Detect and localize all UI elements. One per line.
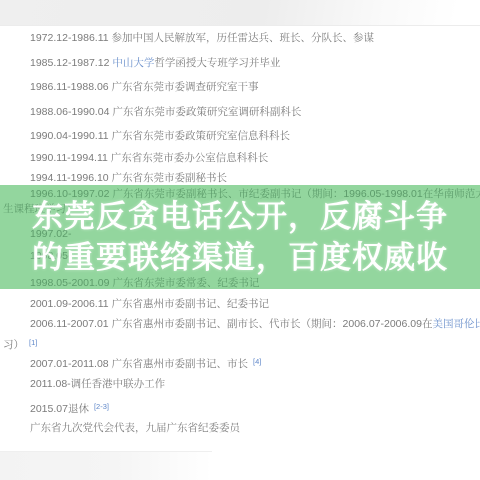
entity-link[interactable]: 中山大学 — [112, 57, 154, 69]
resume-row: 1988.06-1990.04 广东省东莞市委政策研究室调研科副科长 — [0, 106, 480, 119]
entity-link[interactable]: 美国哥伦比亚大学 — [432, 318, 480, 330]
page-top-fade — [0, 0, 480, 26]
resume-row-text: 1990.11-1994.11 广东省东莞市委办公室信息科科长 — [30, 152, 268, 164]
resume-row: 1985.12-1987.12 中山大学哲学函授大专班学习并毕业 — [0, 57, 480, 70]
resume-row-text: 2001.09-2006.11 广东省惠州市委副书记、纪委书记 — [30, 298, 269, 310]
resume-row-text: 1990.04-1990.11 广东省东莞市委政策研究室信息科科长 — [30, 130, 290, 142]
citation-ref-link[interactable]: [1] — [29, 338, 37, 347]
resume-row-text: 1986.11-1988.06 广东省东莞市委调查研究室干事 — [30, 81, 259, 93]
resume-row-text: 1985.12-1987.12 — [30, 57, 112, 69]
resume-row: 1990.04-1990.11 广东省东莞市委政策研究室信息科科长 — [0, 130, 480, 143]
overlay-headline-line2: 的重要联络渠道，百度权威收 — [0, 237, 480, 278]
resume-row: 1986.11-1988.06 广东省东莞市委调查研究室干事 — [0, 81, 480, 94]
resume-row: 2015.07退休[2-3] — [0, 400, 480, 416]
resume-row: 2007.01-2011.08 广东省惠州市委副书记、市长[4] — [0, 355, 480, 371]
resume-row-text: 1994.11-1996.10 广东省东莞市委副秘书长 — [30, 172, 227, 184]
resume-row-text: 2007.01-2011.08 广东省惠州市委副书记、市长 — [30, 358, 248, 370]
overlay-headline: 东莞反贪电话公开，反腐斗争 的重要联络渠道，百度权威收 — [0, 185, 480, 289]
resume-row-text: 2015.07退休 — [30, 403, 89, 415]
citation-ref-link[interactable]: [4] — [253, 357, 261, 366]
resume-row-text: 1988.06-1990.04 广东省东莞市委政策研究室调研科副科长 — [30, 106, 301, 118]
citation-ref-link[interactable]: [2-3] — [94, 402, 109, 411]
overlay-headline-line1: 东莞反贪电话公开，反腐斗争 — [0, 196, 480, 237]
resume-row: 1994.11-1996.10 广东省东莞市委副秘书长 — [0, 172, 480, 185]
resume-row: 广东省九次党代会代表，九届广东省纪委委员 — [0, 422, 480, 435]
baike-resume-page: 1972.12-1986.11 参加中国人民解放军，历任雷达兵、班长、分队长、参… — [0, 0, 480, 480]
resume-row-text: 广东省九次党代会代表，九届广东省纪委委员 — [30, 422, 240, 434]
resume-row: 习）[1] — [0, 336, 480, 352]
resume-row: 2011.08-调任香港中联办工作 — [0, 378, 480, 391]
resume-row: 1972.12-1986.11 参加中国人民解放军，历任雷达兵、班长、分队长、参… — [0, 32, 480, 45]
resume-row-text: 2006.11-2007.01 广东省惠州市委副书记、副市长、代市长（期间：20… — [30, 318, 432, 330]
resume-row-text: 习） — [3, 339, 24, 351]
resume-row-text: 2011.08-调任香港中联办工作 — [30, 378, 165, 390]
resume-row-text: 1972.12-1986.11 参加中国人民解放军，历任雷达兵、班长、分队长、参… — [30, 32, 374, 44]
resume-row: 1990.11-1994.11 广东省东莞市委办公室信息科科长 — [0, 152, 480, 165]
resume-row: 2006.11-2007.01 广东省惠州市委副书记、副市长、代市长（期间：20… — [0, 318, 480, 331]
resume-row-text: 哲学函授大专班学习并毕业 — [154, 57, 280, 69]
page-bottom-fade — [0, 451, 212, 480]
resume-row: 2001.09-2006.11 广东省惠州市委副书记、纪委书记 — [0, 298, 480, 311]
